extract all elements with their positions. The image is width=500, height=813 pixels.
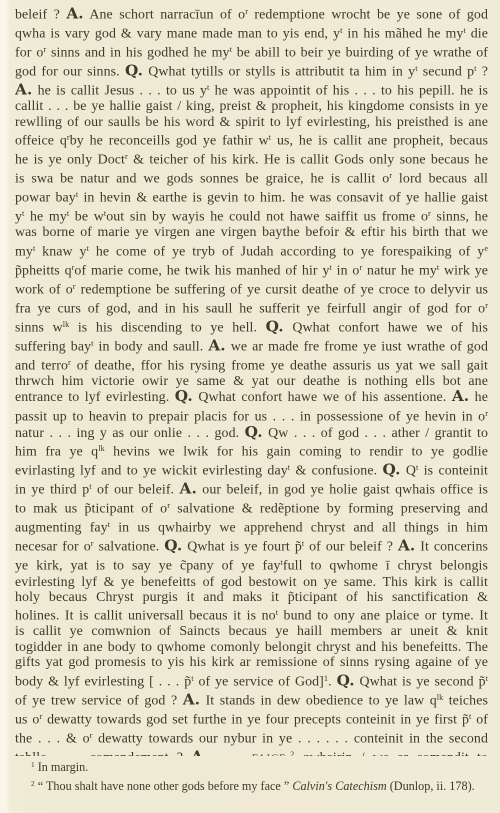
text-run: . . .	[209, 751, 252, 757]
text-run: .	[328, 674, 336, 689]
scanned-book-page: beleif ? A. Ane schort narracīun of or r…	[0, 0, 500, 813]
text-run: secund p	[418, 65, 475, 80]
text-run: of marie come, he twik his manhed of hir…	[74, 263, 329, 278]
text-run: natur he my	[362, 263, 437, 278]
text-run: redemptione be suffering of ye cursit de…	[15, 282, 488, 316]
text-run: Qwhat tytills or stylls is attributit ta…	[143, 65, 415, 80]
blackletter-initial: Q.	[266, 317, 284, 335]
text-run: p̃pheitts q	[15, 263, 72, 278]
text-run: salvatione.	[94, 540, 165, 555]
text-run: sinns and in his godhed he my	[46, 46, 229, 61]
superscript: t	[486, 674, 488, 683]
text-run: knaw y	[35, 244, 86, 259]
text-run: of our beleif ?	[304, 540, 398, 555]
text-run: of our beleif.	[92, 483, 180, 498]
text-run: beleif ?	[15, 8, 66, 23]
blackletter-initial: A.	[398, 537, 415, 555]
text-run: Qwhat is ye second p̃	[355, 674, 486, 689]
text-run: Ane schort narracīun of o	[84, 8, 245, 23]
text-run: of ye service of God]	[194, 674, 324, 689]
blackletter-initial: Q.	[383, 461, 401, 479]
text-run: out sin by wayis he could not hawe saiff…	[106, 210, 428, 225]
text-run: of ye trew service of god ?	[15, 693, 183, 708]
text-run: Q	[401, 464, 416, 479]
text-run: he is callit Jesus . . . to us y	[32, 84, 207, 99]
text-run: he come of ye tryb of Judah according to…	[89, 244, 484, 259]
blackletter-initial: A.	[452, 387, 469, 405]
text-run: he my	[24, 210, 66, 225]
blackletter-initial: Q.	[337, 671, 355, 689]
blackletter-initial: A.	[183, 690, 200, 708]
superscript: e	[484, 244, 488, 253]
text-run: in body and saull.	[93, 339, 208, 354]
text-run: be w	[69, 210, 104, 225]
body-text: beleif ? A. Ane schort narracīun of or r…	[15, 4, 488, 756]
text-run: in his mãhed he my	[342, 27, 463, 42]
text-run: & confusione.	[290, 464, 382, 479]
blackletter-initial: Q.	[175, 387, 193, 405]
text-run: In margin.	[35, 760, 89, 774]
text-run: “ Thou shalt have none other gods before…	[35, 779, 293, 793]
text-run: by he reconceills god ye fathir w	[70, 134, 269, 149]
text-run: sinns w	[15, 320, 63, 335]
blackletter-initial: A.	[208, 336, 225, 354]
superscript: r	[485, 301, 488, 310]
blackletter-initial: Q.	[125, 62, 143, 80]
blackletter-initial: A.	[191, 748, 208, 757]
small-caps-word: FAICE.	[252, 753, 290, 757]
blackletter-initial: A.	[180, 480, 197, 498]
blackletter-initial: Q.	[164, 537, 182, 555]
text-run: (Dunlop, ii. 178).	[387, 779, 475, 793]
text-run: is his discending to ye hell.	[69, 320, 265, 335]
text-run: Qwhat confort hawe we of his assentione.	[193, 390, 452, 405]
footnote-2: 2 “ Thou shalt have none other gods befo…	[15, 776, 488, 795]
italic-citation: Calvin's Catechism	[292, 779, 386, 793]
footnote-1: 1 In margin.	[15, 757, 488, 776]
text-run: ?	[477, 65, 488, 80]
blackletter-initial: Q.	[245, 423, 263, 441]
superscript: r	[485, 409, 488, 418]
blackletter-initial: A.	[15, 81, 32, 99]
text-run: in o	[332, 263, 360, 278]
text-run: dewatty towards god set furthe in ye fou…	[42, 712, 469, 727]
blackletter-initial: A.	[66, 5, 83, 23]
footnotes: 1 In margin. 2 “ Thou shalt have none ot…	[15, 757, 488, 795]
text-run: It stands in dew obedience to ye law q	[200, 693, 437, 708]
text-run: Qwhat is ye fourt p̃	[182, 540, 302, 555]
text-run: natur . . . ing y as our onlie . . . god…	[15, 426, 245, 441]
